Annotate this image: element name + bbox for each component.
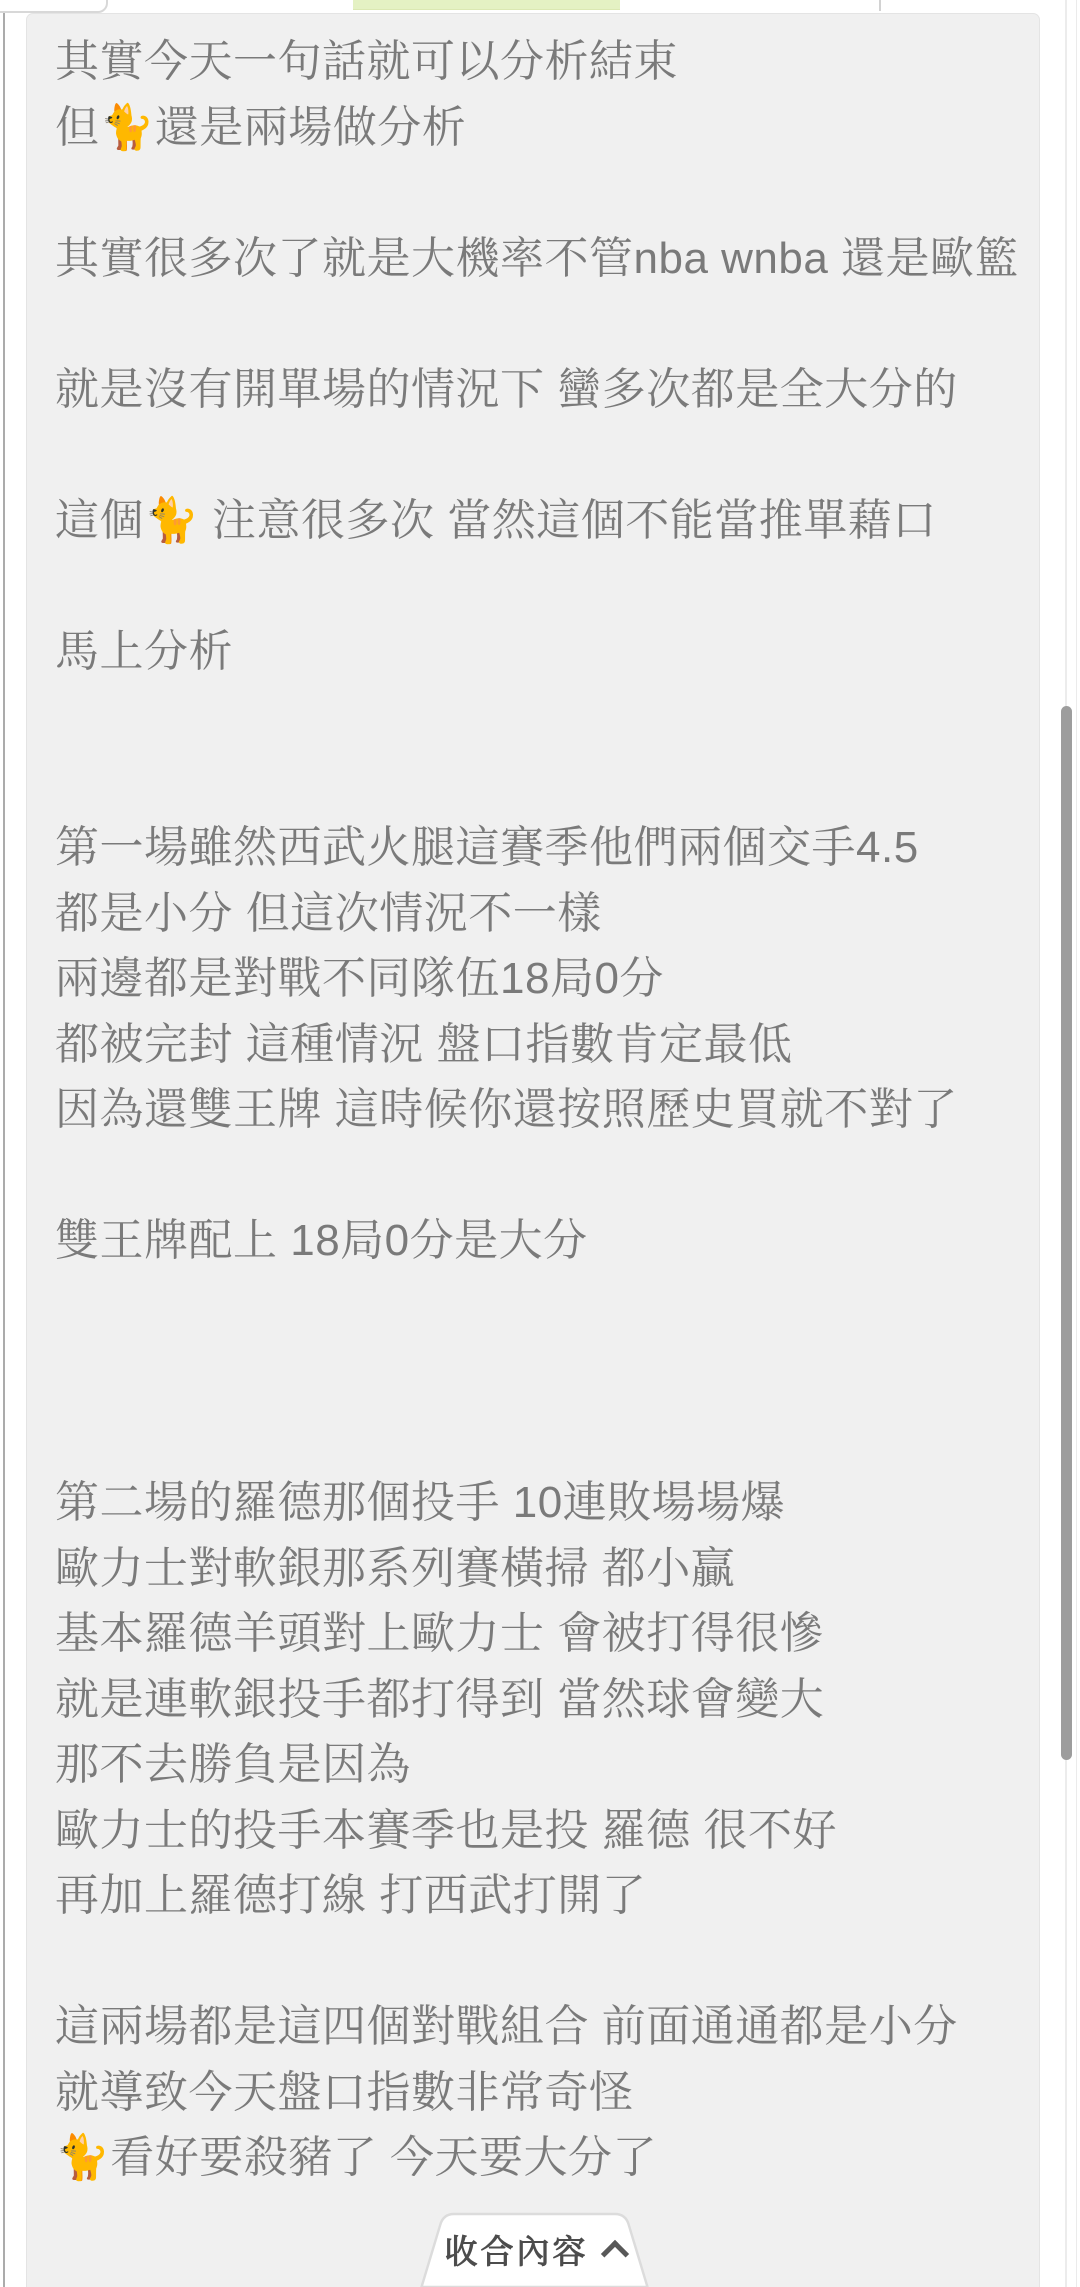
message-line: [55, 291, 1015, 357]
message-line: 但🐈還是兩場做分析: [55, 95, 1015, 161]
collapse-content-button[interactable]: 收合內容: [418, 2212, 651, 2287]
message-line: [55, 160, 1015, 226]
message-line: [55, 1405, 1015, 1471]
message-line: 基本羅德羊頭對上歐力士 會被打得很慘: [55, 1601, 1015, 1667]
message-line: [55, 1929, 1015, 1995]
message-line: 這個🐈 注意很多次 當然這個不能當推單藉口: [55, 488, 1015, 554]
collapse-button-label: 收合內容: [445, 2226, 589, 2273]
cutoff-card-outline: [0, 0, 108, 13]
message-line: 歐力士對軟銀那系列賽橫掃 都小贏: [55, 1536, 1015, 1602]
right-edge-line: [1076, 0, 1077, 2287]
scrollbar-thumb[interactable]: [1061, 706, 1072, 1760]
message-line: [55, 1143, 1015, 1209]
message-line: 第二場的羅德那個投手 10連敗場場爆: [55, 1470, 1015, 1536]
message-line: 其實今天一句話就可以分析結束: [55, 29, 1015, 95]
message-panel: 其實今天一句話就可以分析結束但🐈還是兩場做分析其實很多次了就是大機率不管nba …: [26, 13, 1040, 2287]
message-line: 歐力士的投手本賽季也是投 羅德 很不好: [55, 1798, 1015, 1864]
message-line: 兩邊都是對戰不同隊伍18局0分: [55, 946, 1015, 1012]
message-line: [55, 553, 1015, 619]
message-line: 那不去勝負是因為: [55, 1732, 1015, 1798]
message-line: 其實很多次了就是大機率不管nba wnba 還是歐籃: [55, 226, 1015, 292]
chevron-up-icon: [600, 2240, 628, 2268]
message-text: 其實今天一句話就可以分析結束但🐈還是兩場做分析其實很多次了就是大機率不管nba …: [55, 29, 1015, 2191]
screen: 其實今天一句話就可以分析結束但🐈還是兩場做分析其實很多次了就是大機率不管nba …: [0, 0, 1080, 2287]
message-line: 再加上羅德打線 打西武打開了: [55, 1863, 1015, 1929]
message-line: 這兩場都是這四個對戰組合 前面通通都是小分: [55, 1994, 1015, 2060]
left-screen-divider: [3, 0, 5, 2287]
message-line: 就導致今天盤口指數非常奇怪: [55, 2060, 1015, 2126]
message-line: [55, 1274, 1015, 1340]
message-line: [55, 422, 1015, 488]
message-line: 就是沒有開單場的情況下 蠻多次都是全大分的: [55, 357, 1015, 423]
message-line: 馬上分析: [55, 619, 1015, 685]
message-line: 就是連軟銀投手都打得到 當然球會變大: [55, 1667, 1015, 1733]
top-divider-line: [879, 0, 881, 11]
message-line: 雙王牌配上 18局0分是大分: [55, 1208, 1015, 1274]
message-line: [55, 1339, 1015, 1405]
message-line: 都被完封 這種情況 盤口指數肯定最低: [55, 1012, 1015, 1078]
message-line: 因為還雙王牌 這時候你還按照歷史買就不對了: [55, 1077, 1015, 1143]
message-line: 🐈看好要殺豬了 今天要大分了: [55, 2125, 1015, 2191]
message-line: [55, 750, 1015, 816]
highlight-strip: [353, 0, 620, 10]
message-line: [55, 684, 1015, 750]
message-line: 第一場雖然西武火腿這賽季他們兩個交手4.5: [55, 815, 1015, 881]
message-line: 都是小分 但這次情況不一樣: [55, 881, 1015, 947]
